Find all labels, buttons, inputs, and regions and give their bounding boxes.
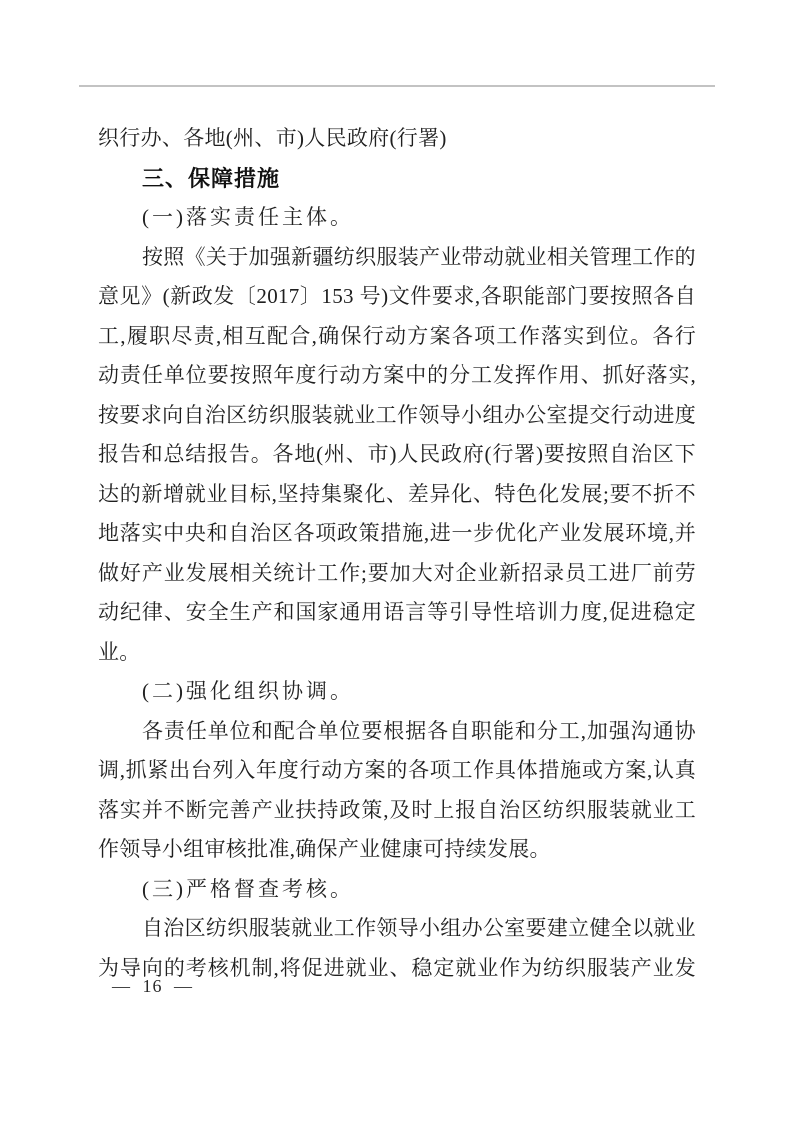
page-number: — 16 — xyxy=(112,974,193,998)
body-line: 按照《关于加强新疆纺织服装产业带动就业相关管理工作的 xyxy=(98,238,696,278)
body-line: 工,履职尽责,相互配合,确保行动方案各项工作落实到位。各行 xyxy=(98,317,696,357)
continuation-line: 织行办、各地(州、市)人民政府(行署) xyxy=(98,119,696,159)
body-line: 自治区纺织服装就业工作领导小组办公室要建立健全以就业 xyxy=(98,909,696,949)
body-line: 意见》(新政发〔2017〕153 号)文件要求,各职能部门要按照各自分 xyxy=(98,277,696,317)
body-line: 各责任单位和配合单位要根据各自职能和分工,加强沟通协 xyxy=(98,712,696,752)
header-divider-rule xyxy=(79,85,715,87)
body-line: 报告和总结报告。各地(州、市)人民政府(行署)要按照自治区下 xyxy=(98,435,696,475)
body-line: 地落实中央和自治区各项政策措施,进一步优化产业发展环境,并 xyxy=(98,514,696,554)
body-line: 做好产业发展相关统计工作;要加大对企业新招录员工进厂前劳 xyxy=(98,554,696,594)
document-page: 织行办、各地(州、市)人民政府(行署) 三、保障措施 (一)落实责任主体。 按照… xyxy=(0,0,793,1122)
document-body: 织行办、各地(州、市)人民政府(行署) 三、保障措施 (一)落实责任主体。 按照… xyxy=(98,119,696,988)
subsection-heading-2: (二)强化组织协调。 xyxy=(98,672,696,712)
body-line: 动责任单位要按照年度行动方案中的分工发挥作用、抓好落实,并 xyxy=(98,356,696,396)
body-line: 按要求向自治区纺织服装就业工作领导小组办公室提交行动进度 xyxy=(98,396,696,436)
subsection-heading-1: (一)落实责任主体。 xyxy=(98,198,696,238)
section-heading: 三、保障措施 xyxy=(98,159,696,199)
body-line: 调,抓紧出台列入年度行动方案的各项工作具体措施或方案,认真 xyxy=(98,751,696,791)
body-line: 业。 xyxy=(98,633,696,673)
body-line: 达的新增就业目标,坚持集聚化、差异化、特色化发展;要不折不扣 xyxy=(98,475,696,515)
subsection-heading-3: (三)严格督查考核。 xyxy=(98,870,696,910)
body-line: 动纪律、安全生产和国家通用语言等引导性培训力度,促进稳定就 xyxy=(98,593,696,633)
body-line: 落实并不断完善产业扶持政策,及时上报自治区纺织服装就业工 xyxy=(98,791,696,831)
body-line: 作领导小组审核批准,确保产业健康可持续发展。 xyxy=(98,830,696,870)
